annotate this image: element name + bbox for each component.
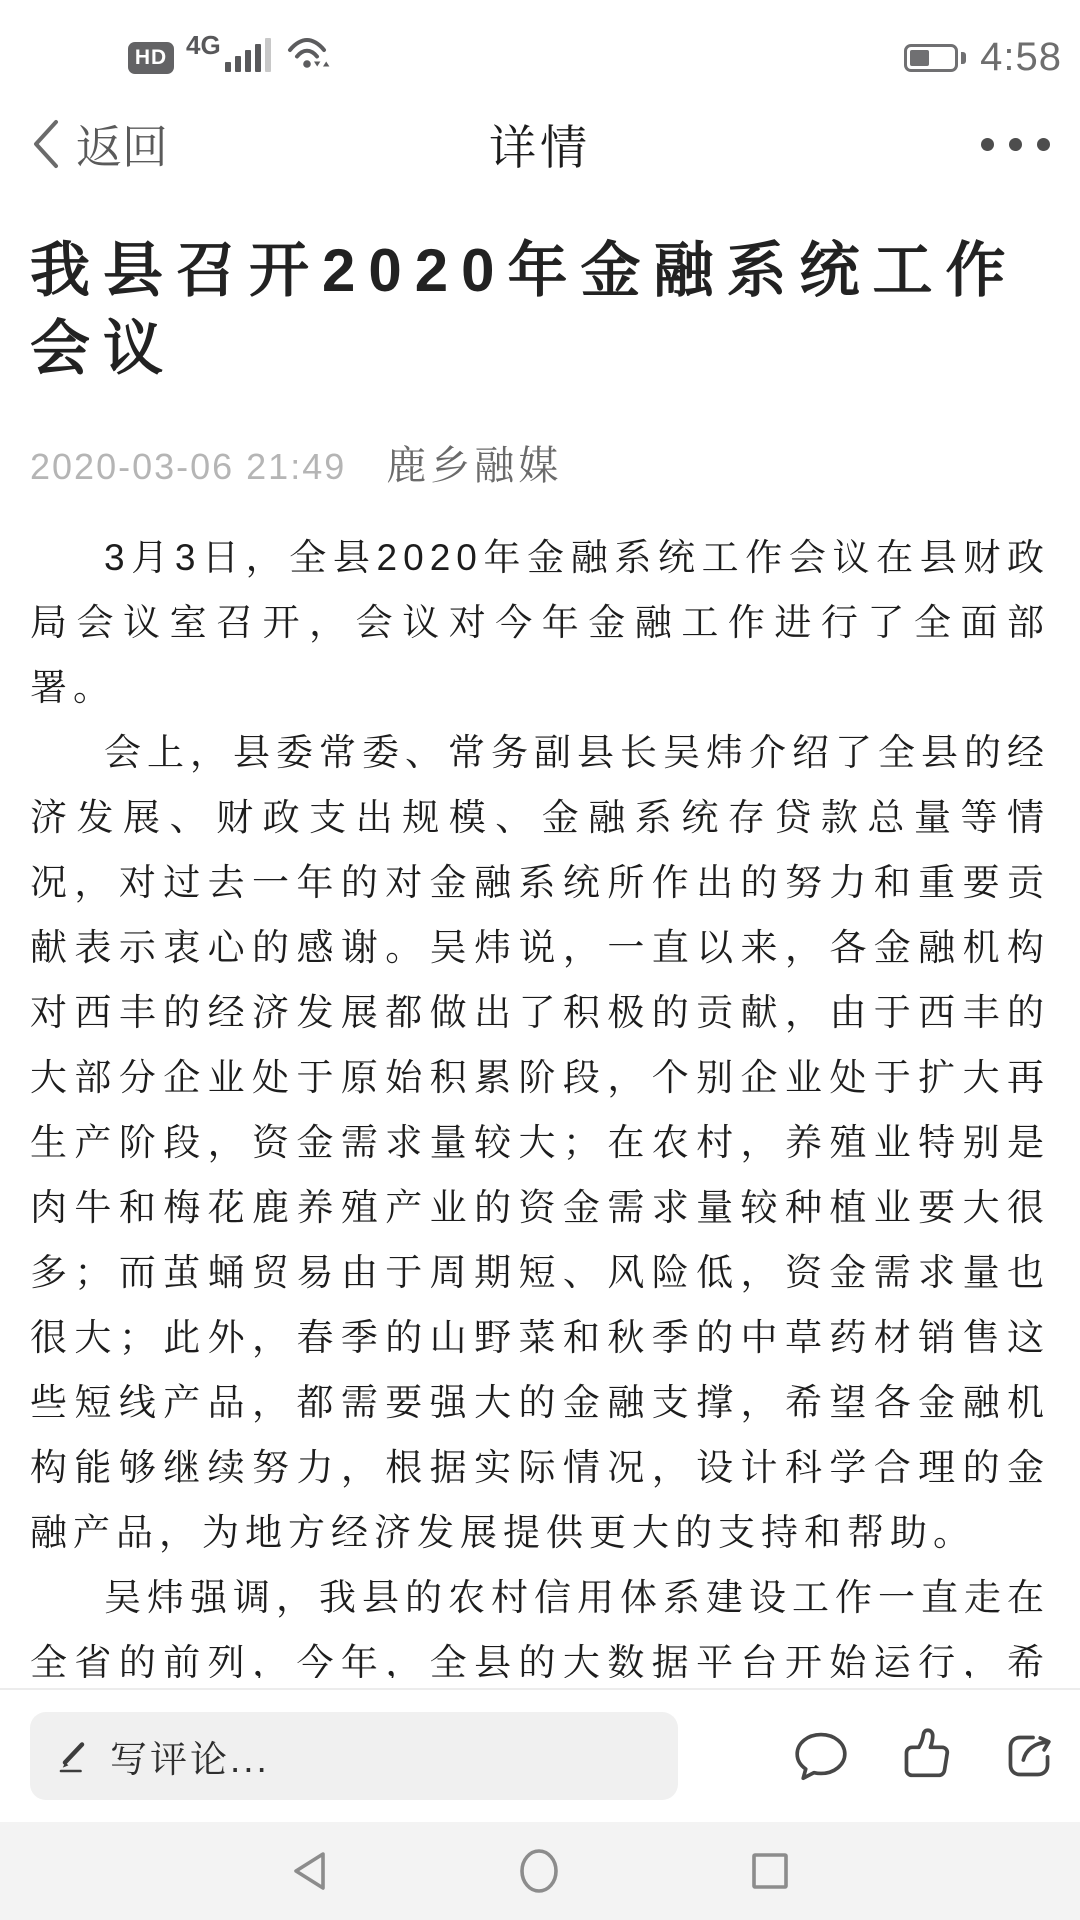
back-chevron-icon [30,117,60,171]
comment-bubble-icon[interactable] [792,1729,850,1783]
back-label: 返回 [76,111,168,177]
back-triangle-icon[interactable] [288,1848,330,1894]
status-bar: HD 4G 4:58 [0,0,1080,92]
signal-bars-icon [225,38,271,72]
back-button[interactable]: 返回 [30,111,168,177]
recents-square-icon[interactable] [748,1848,792,1894]
battery-icon [904,44,966,72]
comment-actions [792,1727,1058,1785]
article-paragraph: 吴炜强调，我县的农村信用体系建设工作一直走在全省的前列，今年，全县的大数据平台开… [30,1565,1050,1678]
wifi-icon [285,34,333,74]
comment-bar: 写评论... [0,1688,1080,1822]
share-icon[interactable] [1000,1727,1058,1785]
battery-fill [910,50,929,66]
status-time: 4:58 [980,40,1062,74]
home-circle-icon[interactable] [516,1847,562,1895]
page-title: 详情 [489,111,591,178]
article-content: 我县召开2020年金融系统工作会议 2020-03-06 21:49 鹿乡融媒 … [0,196,1080,1678]
article-paragraph: 3月3日，全县2020年金融系统工作会议在县财政局会议室召开，会议对今年金融工作… [30,525,1050,720]
pencil-icon [56,1738,92,1774]
comment-placeholder: 写评论... [110,1729,270,1783]
article-source: 鹿乡融媒 [386,434,562,491]
article-paragraph: 会上，县委常委、常务副县长吴炜介绍了全县的经济发展、财政支出规模、金融系统存贷款… [30,720,1050,1565]
thumbs-up-icon[interactable] [896,1727,954,1785]
network-type-label: 4G [186,32,221,58]
more-menu-button[interactable] [981,128,1050,161]
nav-bar: 返回 详情 [0,92,1080,196]
article-title: 我县召开2020年金融系统工作会议 [30,232,1050,388]
comment-input[interactable]: 写评论... [30,1712,678,1800]
article-meta: 2020-03-06 21:49 鹿乡融媒 [30,434,1050,491]
more-menu-icon [981,138,994,151]
article-date: 2020-03-06 21:49 [30,446,346,488]
phone-screen: HD 4G 4:58 返回 详情 [0,0,1080,1920]
status-left-cluster: HD 4G [128,32,333,74]
hd-icon: HD [128,42,174,74]
android-navigation-bar [0,1822,1080,1920]
article-body: 3月3日，全县2020年金融系统工作会议在县财政局会议室召开，会议对今年金融工作… [0,525,1080,1678]
